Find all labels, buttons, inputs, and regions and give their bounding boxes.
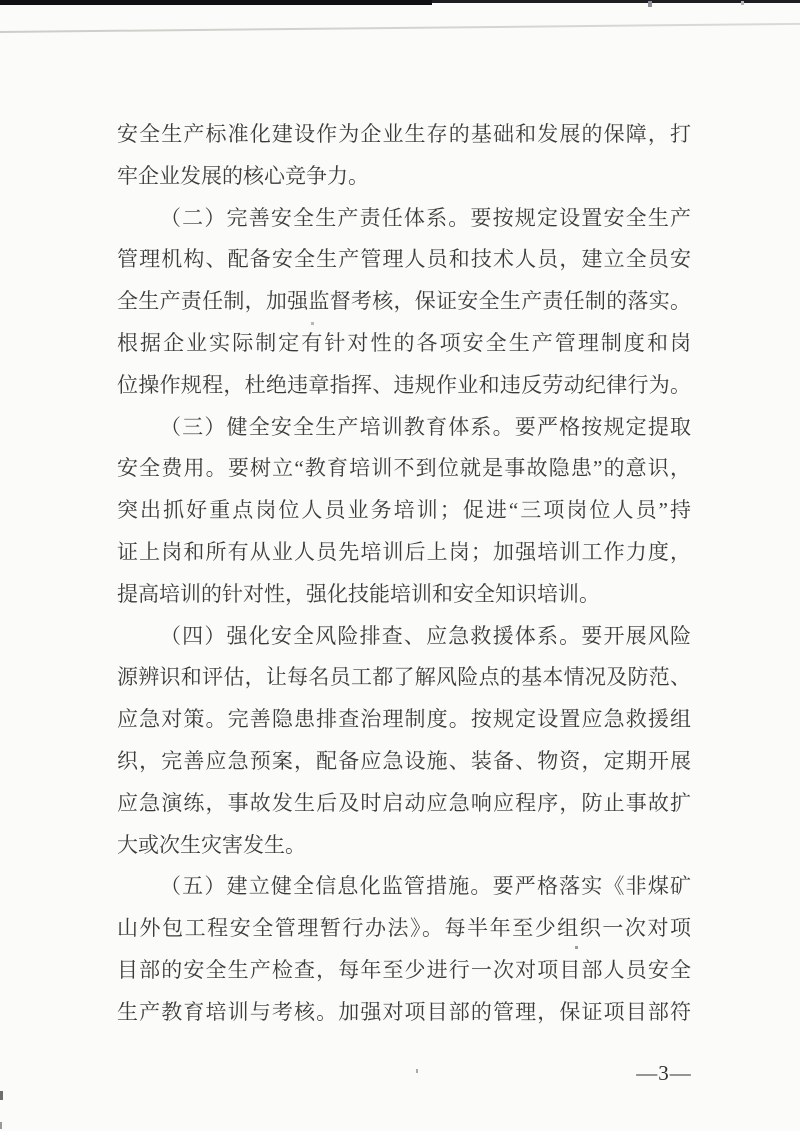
text-line: 应急演练，事故发生后及时启动应急响应程序，防止事故扩 [117,783,691,825]
text-line: 山外包工程安全管理暂行办法》。每半年至少组织一次对项 [117,908,691,950]
text-line: 安全费用。要树立“教育培训不到位就是事故隐患”的意识， [117,448,691,490]
text-line: 目部的安全生产检查，每年至少进行一次对项目部人员安全 [117,950,691,992]
text-line: 证上岗和所有从业人员先培训后上岗；加强培训工作力度， [117,532,691,574]
text-line: 安全生产标准化建设作为企业生存的基础和发展的保障，打 [117,114,691,156]
text-line: 突出抓好重点岗位人员业务培训；促进“三项岗位人员”持 [117,490,691,532]
text-line: 管理机构、配备安全生产管理人员和技术人员，建立全员安 [117,239,691,281]
document-body-text: 安全生产标准化建设作为企业生存的基础和发展的保障，打牢企业发展的核心竞争力。（二… [117,114,691,1034]
text-line: （三）健全安全生产培训教育体系。要严格按规定提取 [117,407,691,449]
text-line: 全生产责任制，加强监督考核，保证安全生产责任制的落实。 [117,281,691,323]
text-line: 生产教育培训与考核。加强对项目部的管理，保证项目部符 [117,992,691,1034]
text-line: 根据企业实际制定有针对性的各项安全生产管理制度和岗 [117,323,691,365]
scan-artifact-speck [0,1122,2,1129]
scan-artifact-speck [416,1069,418,1073]
scanned-document-page: 安全生产标准化建设作为企业生存的基础和发展的保障，打牢企业发展的核心竞争力。（二… [0,0,800,1131]
text-line: 应急对策。完善隐患排查治理制度。按规定设置应急救援组 [117,699,691,741]
scan-artifact-diagonal-line [0,23,800,33]
scan-artifact-speck [0,1091,3,1100]
text-line: 位操作规程，杜绝违章指挥、违规作业和违反劳动纪律行为。 [117,365,691,407]
scan-artifact-speck [648,1,652,7]
text-line: 大或次生灾害发生。 [117,825,691,867]
scan-artifact-top-edge-dark [0,0,432,5]
text-line: （二）完善安全生产责任体系。要按规定设置安全生产 [117,198,691,240]
text-line: （五）建立健全信息化监管措施。要严格落实《非煤矿 [117,866,691,908]
page-number: —3— [636,1059,692,1087]
text-line: 源辨识和评估，让每名员工都了解风险点的基本情况及防范、 [117,657,691,699]
text-line: 牢企业发展的核心竞争力。 [117,156,691,198]
text-line: 提高培训的针对性，强化技能培训和安全知识培训。 [117,574,691,616]
text-line: 织，完善应急预案，配备应急设施、装备、物资，定期开展 [117,741,691,783]
text-line: （四）强化安全风险排查、应急救援体系。要开展风险 [117,616,691,658]
scan-artifact-speck [741,1,744,5]
